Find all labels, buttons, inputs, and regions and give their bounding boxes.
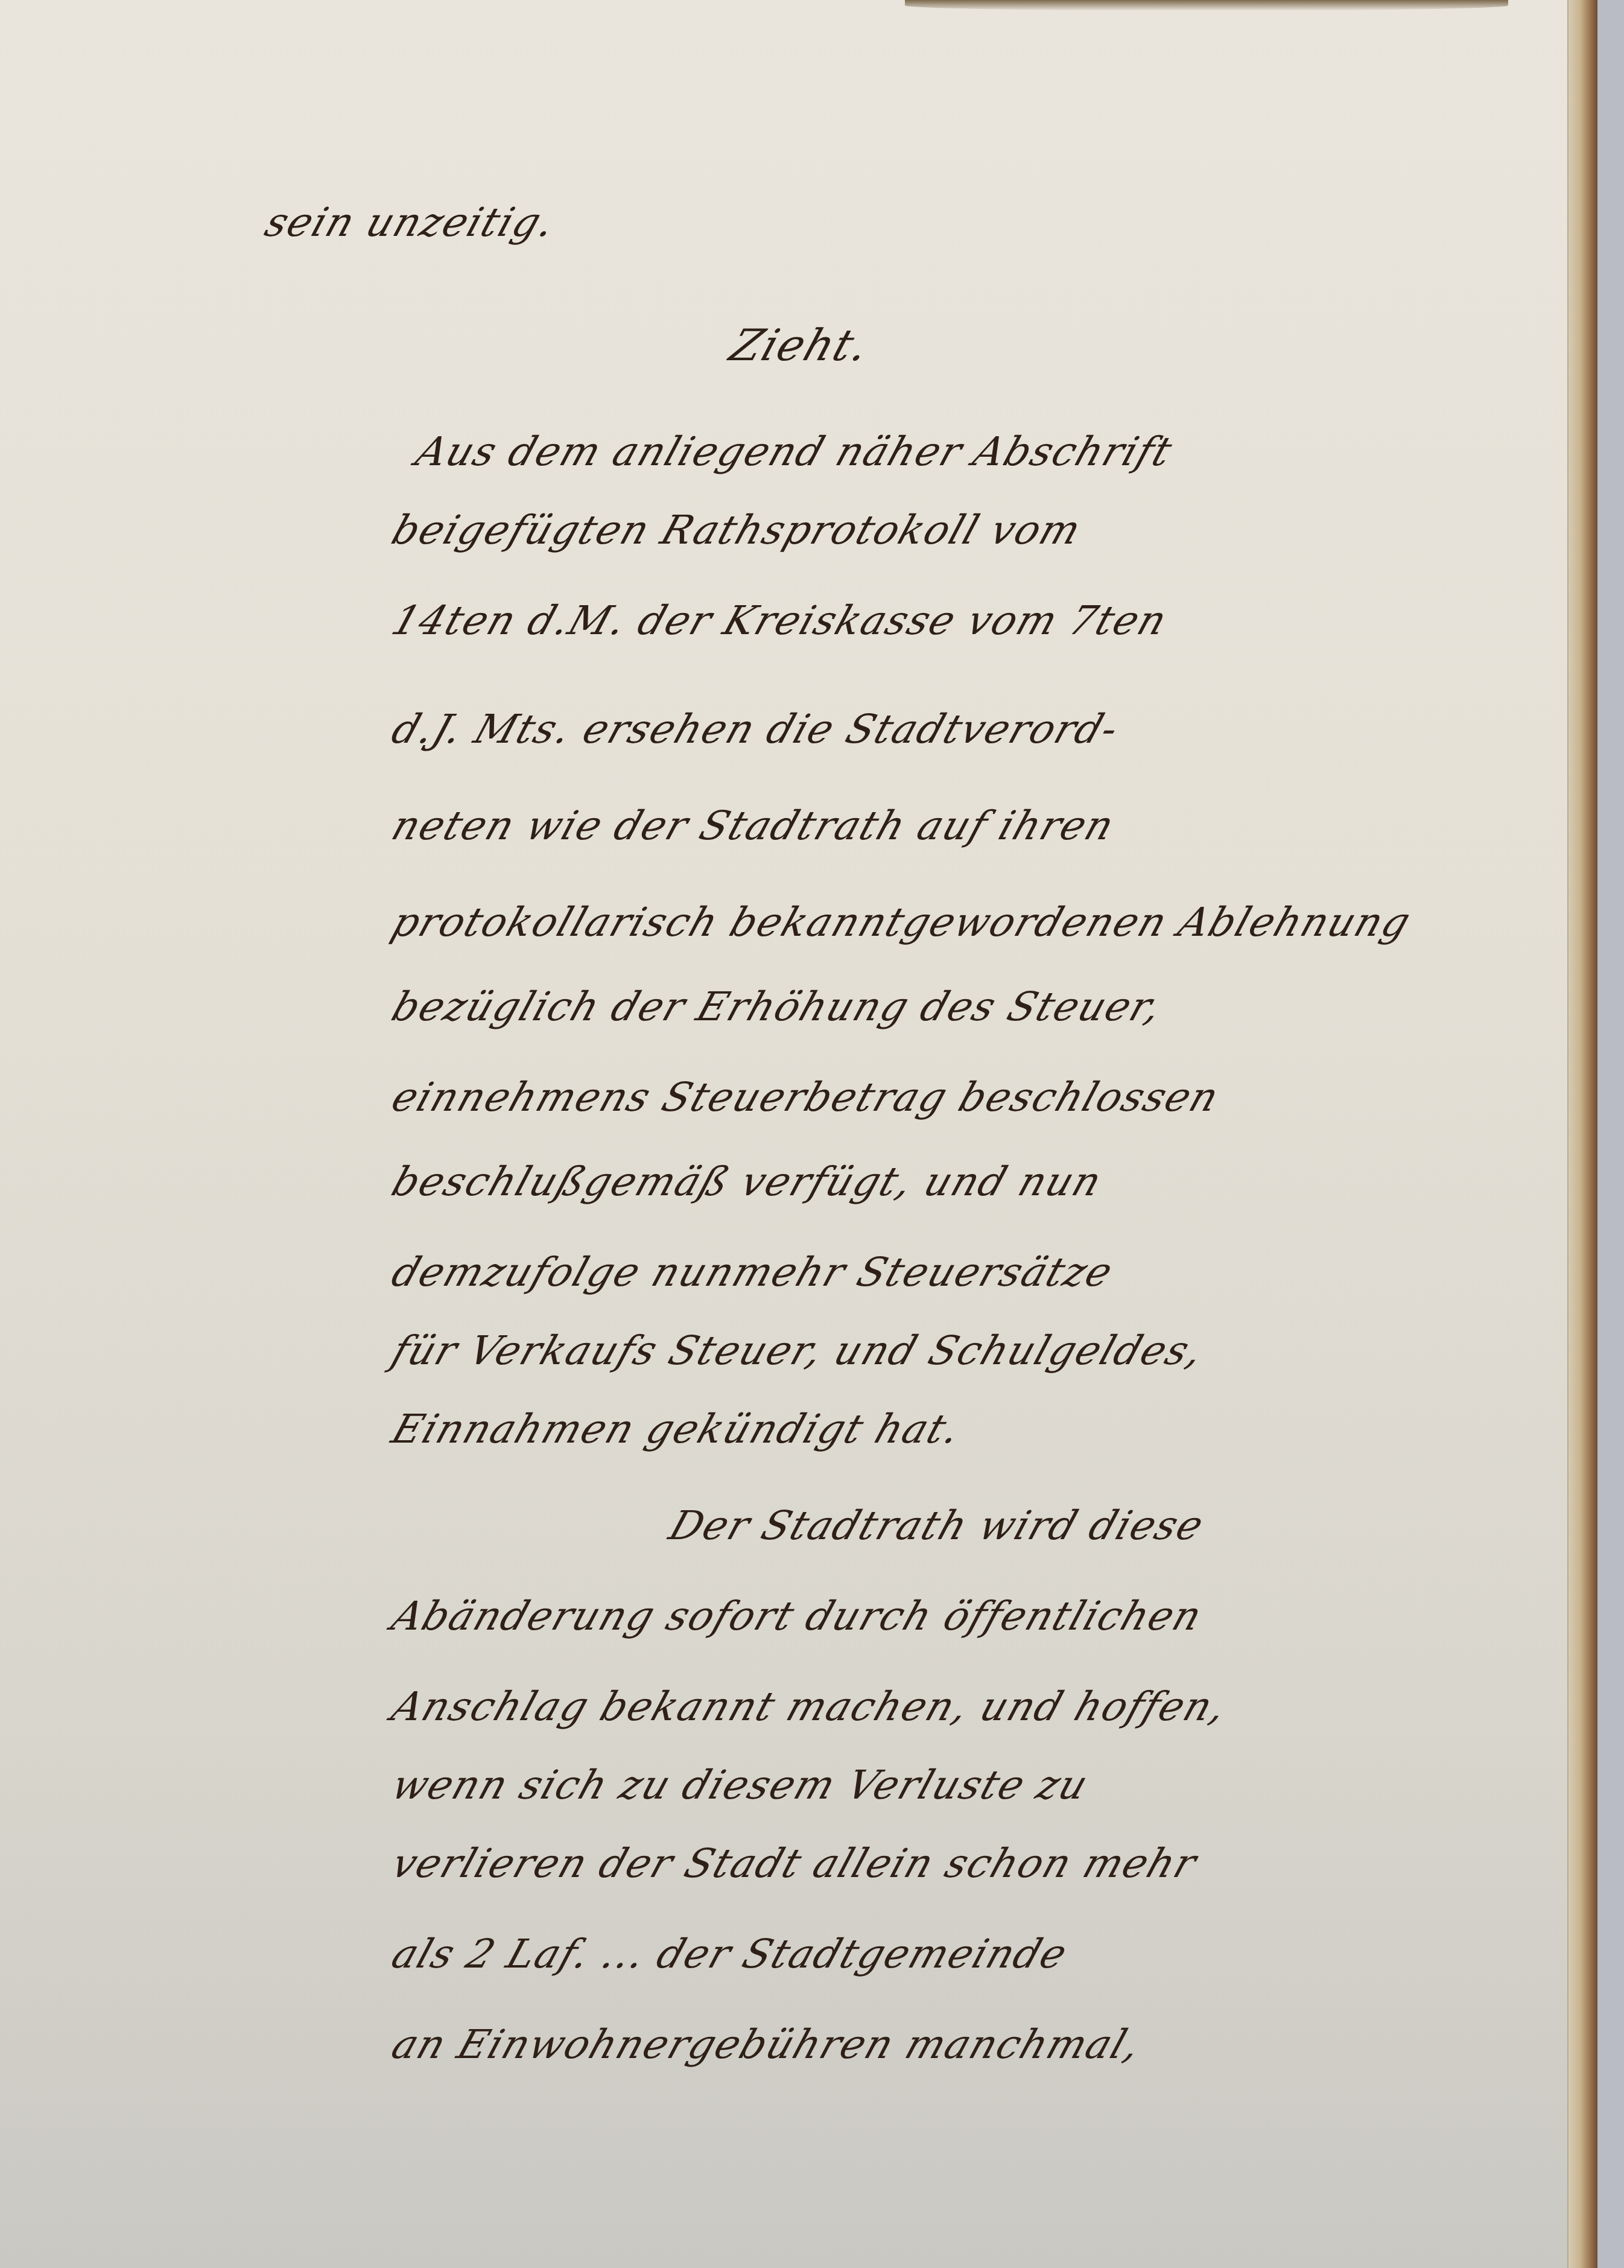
- text-line: an Einwohnergebühren manchmal,: [386, 2021, 1147, 2068]
- text-line: beigefügten Rathsprotokoll vom: [386, 507, 1088, 553]
- text-line: d.J. Mts. ersehen die Stadtverord-: [386, 706, 1125, 752]
- text-line: als 2 Laf. ... der Stadtgemeinde: [386, 1931, 1074, 1977]
- text-line: protokollarisch bekanntgewordenen Ablehn…: [386, 899, 1417, 945]
- text-line: für Verkaufs Steuer, und Schulgeldes,: [386, 1327, 1210, 1374]
- text-line: bezüglich der Erhöhung des Steuer,: [386, 983, 1169, 1030]
- manuscript-page: sein unzeitig. Zieht. Aus dem anliegend …: [0, 0, 1568, 2268]
- text-line: Abänderung sofort durch öffentlichen: [386, 1593, 1208, 1639]
- text-line: Einnahmen gekündigt hat.: [386, 1406, 967, 1452]
- handwritten-text-block: sein unzeitig. Zieht. Aus dem anliegend …: [0, 0, 1568, 2268]
- text-line: neten wie der Stadtrath auf ihren: [386, 802, 1121, 849]
- text-line: demzufolge nunmehr Steuersätze: [386, 1249, 1119, 1295]
- text-line: Anschlag bekannt machen, und hoffen,: [386, 1683, 1233, 1730]
- text-line: Der Stadtrath wird diese: [664, 1502, 1210, 1549]
- text-line: sein unzeitig.: [259, 199, 562, 246]
- text-line: Aus dem anliegend näher Abschrift: [410, 428, 1179, 475]
- text-line: wenn sich zu diesem Verluste zu: [386, 1762, 1095, 1808]
- text-line: verlieren der Stadt allein schon mehr: [386, 1840, 1203, 1887]
- page-edge-stain: [1568, 0, 1597, 2268]
- text-line: einnehmens Steuerbetrag beschlossen: [386, 1074, 1225, 1120]
- text-line: 14ten d.M. der Kreiskasse vom 7ten: [386, 597, 1173, 644]
- text-heading: Zieht.: [724, 320, 877, 370]
- text-line: beschlußgemäß verfügt, und nun: [386, 1158, 1108, 1205]
